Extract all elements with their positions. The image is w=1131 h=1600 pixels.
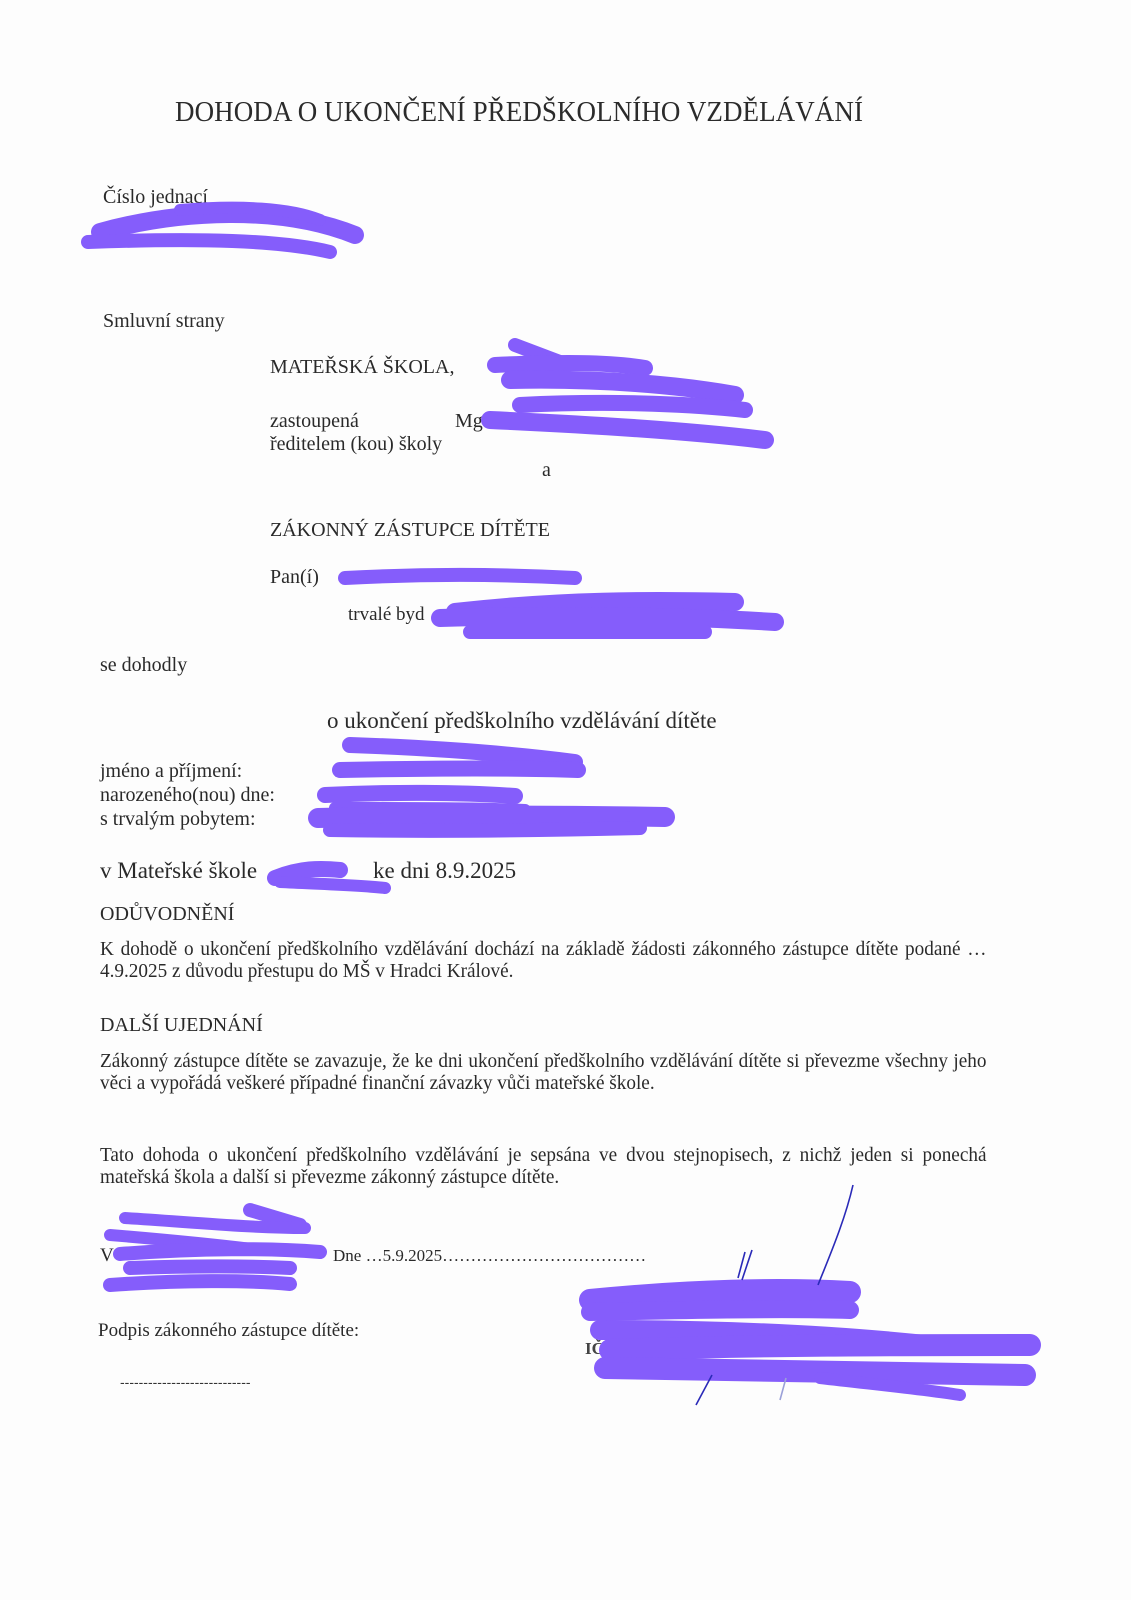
justification-heading: ODŮVODNĚNÍ — [100, 904, 234, 924]
conjunction-and: a — [542, 460, 551, 480]
guardian-signature-label: Podpis zákonného zástupce dítěte: — [98, 1321, 359, 1340]
agreed-label: se dohodly — [100, 655, 187, 675]
further-terms-text: Zákonný zástupce dítěte se zavazuje, že … — [100, 1051, 987, 1095]
stamp-ico-fragment: IČO — [585, 1340, 617, 1357]
parties-label: Smluvní strany — [103, 311, 225, 331]
agreement-subject: o ukončení předškolního vzdělávání dítět… — [327, 709, 717, 732]
further-terms-heading: DALŠÍ UJEDNÁNÍ — [100, 1015, 263, 1035]
represented-by: Mg — [455, 411, 483, 431]
reference-number-label: Číslo jednací — [103, 187, 208, 207]
school-name: MATEŘSKÁ ŠKOLA, — [270, 357, 454, 377]
handwritten-signature — [696, 1185, 853, 1405]
document-page: DOHODA O UKONČENÍ PŘEDŠKOLNÍHO VZDĚLÁVÁN… — [0, 0, 1131, 1600]
guardian-heading: ZÁKONNÝ ZÁSTUPCE DÍTĚTE — [270, 520, 550, 540]
termination-school: v Mateřské škole — [100, 859, 257, 882]
child-name-initial: F — [335, 761, 346, 781]
child-name-label: jméno a příjmení: — [100, 761, 242, 781]
guardian-name-label: Pan(í) — [270, 567, 319, 587]
guardian-address-label: trvalé byd — [348, 605, 425, 624]
child-birth-label: narozeného(nou) dne: — [100, 785, 275, 805]
termination-date: ke dni 8.9.2025 — [373, 859, 516, 882]
copies-clause: Tato dohoda o ukončení předškolního vzdě… — [100, 1145, 987, 1189]
justification-text: K dohodě o ukončení předškolního vzděláv… — [100, 939, 987, 983]
director-role: ředitelem (kou) školy — [270, 434, 442, 454]
guardian-signature-line: ---------------------------- — [120, 1375, 251, 1389]
signing-date: Dne …5.9.2025……………………………… — [333, 1247, 646, 1264]
child-residence-label: s trvalým pobytem: — [100, 809, 256, 829]
represented-label: zastoupená — [270, 411, 359, 431]
place-prefix: V — [100, 1246, 114, 1265]
document-title: DOHODA O UKONČENÍ PŘEDŠKOLNÍHO VZDĚLÁVÁN… — [175, 98, 863, 127]
